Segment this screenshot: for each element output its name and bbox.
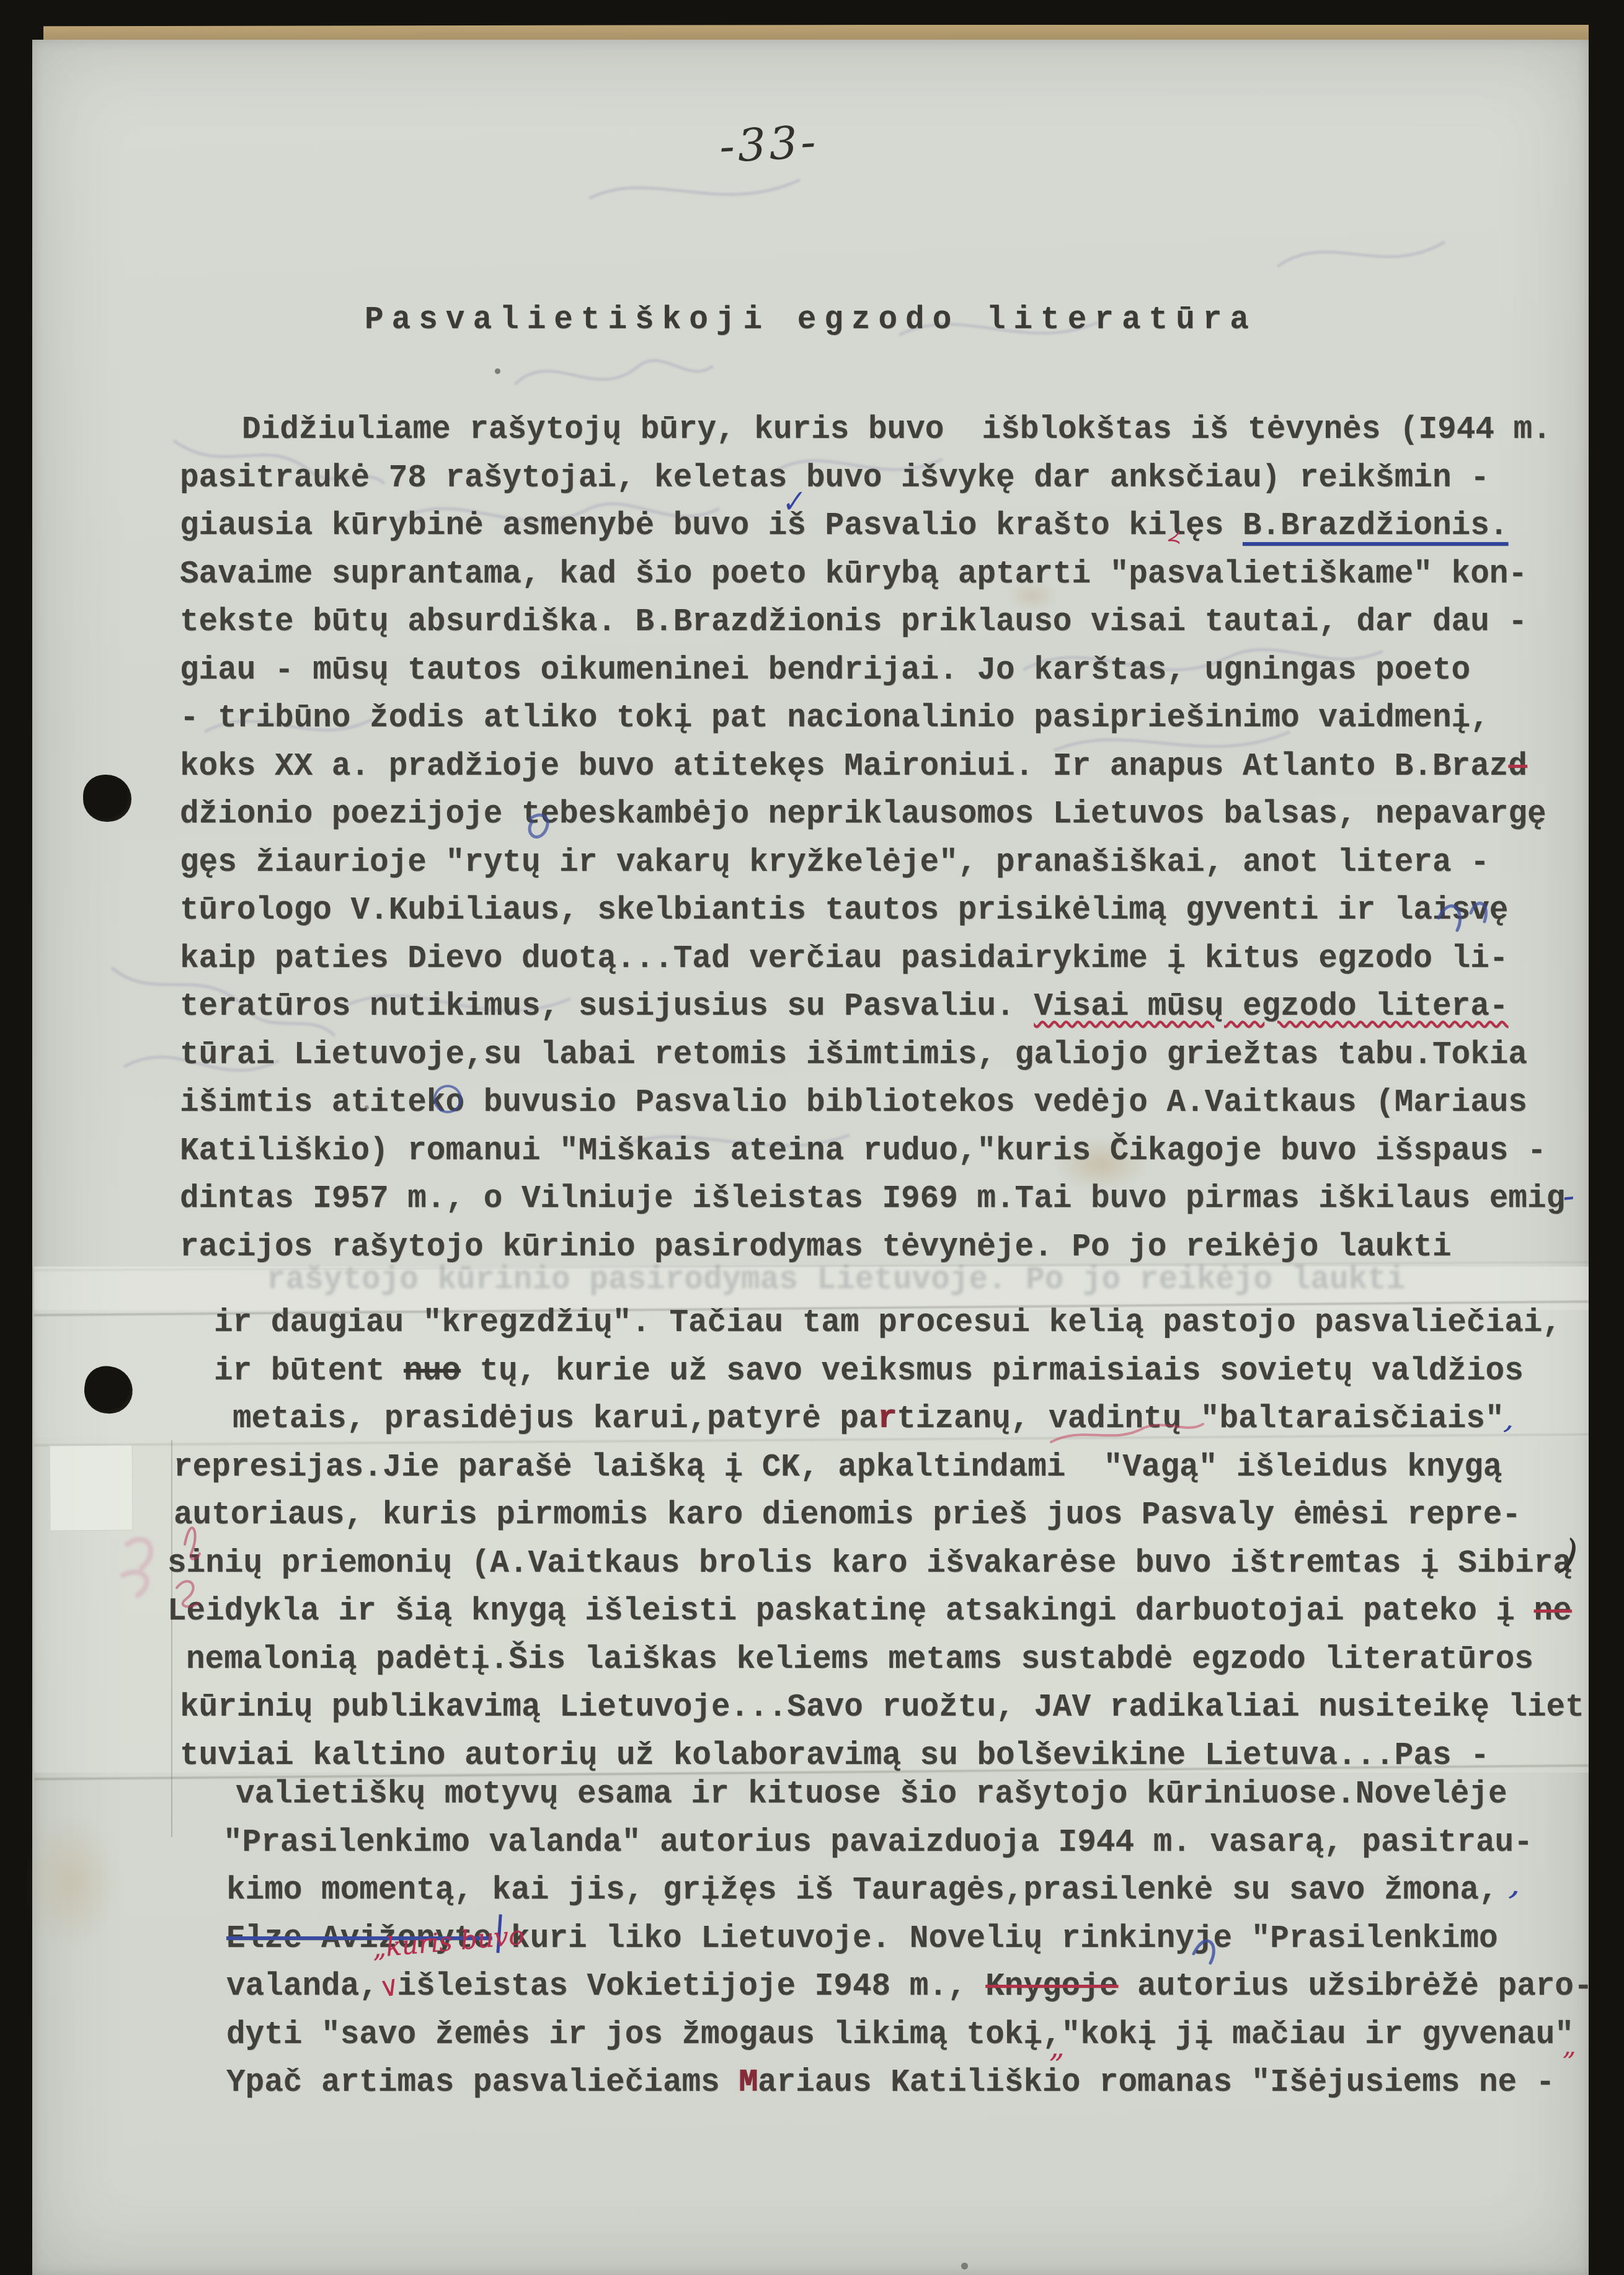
red-margin-scribble: [177, 1581, 198, 1606]
scan-frame-edge: [0, 0, 1624, 25]
red-margin-scribble: [185, 1528, 200, 1559]
red-quote-mark: „: [1049, 2029, 1065, 2064]
scan-frame: rašytojo kūrinio pasirodymas Lietuvoje. …: [0, 0, 1624, 2275]
blue-overwrite-scribble: [530, 815, 548, 837]
blue-overwrite-scribble: [1194, 1941, 1214, 1963]
pink-margin-scribble: [127, 1539, 151, 1568]
pink-margin-scribble: [123, 1572, 147, 1595]
blue-overwrite-scribble: [1439, 906, 1460, 930]
blue-ring-mark: [435, 1086, 461, 1112]
red-faint-script: [1051, 1424, 1203, 1442]
pen-scribbles: [0, 0, 1624, 2275]
blue-overwrite-scribble: [1471, 903, 1486, 922]
red-quote-mark: „: [1563, 2031, 1576, 2061]
scan-frame-edge: [1589, 0, 1624, 2275]
